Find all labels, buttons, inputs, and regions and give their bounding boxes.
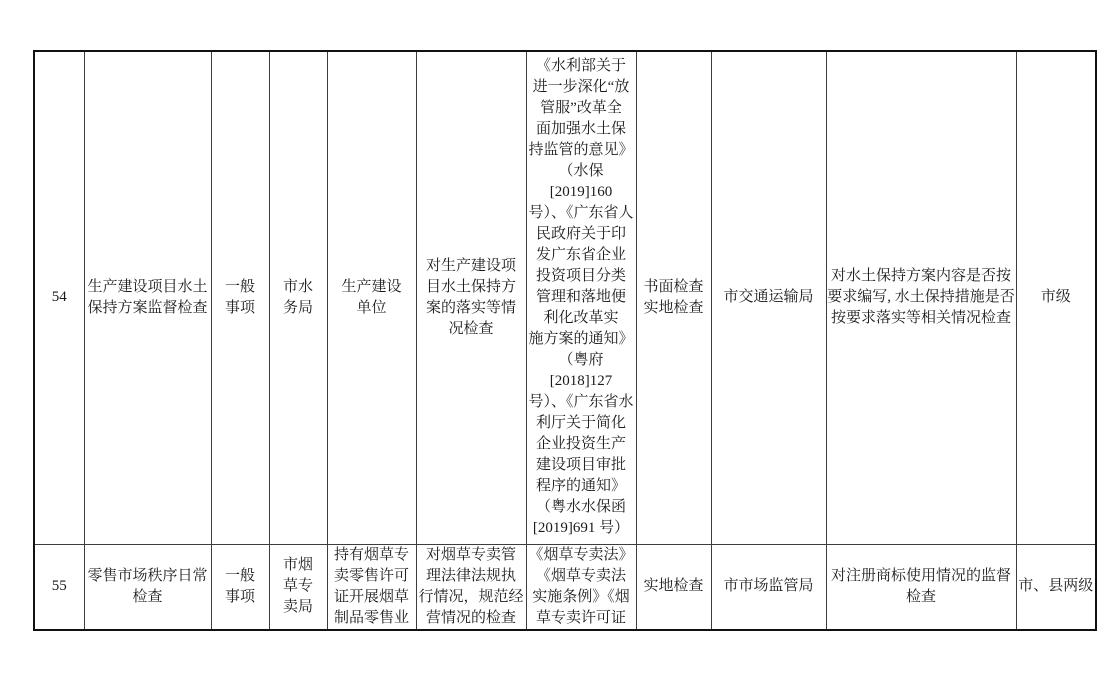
cell-inspection-method: 书面检查 实地检查 xyxy=(636,51,711,544)
table-row: 55 零售市场秩序日常 检查 一般 事项 市烟 草专 卖局 持有烟草专 卖零售许… xyxy=(34,544,1096,630)
cell-implementing-department: 市烟 草专 卖局 xyxy=(269,544,327,630)
document-page: 54 生产建设项目水土 保持方案监督检查 一般 事项 市水 务局 生产建设 单位… xyxy=(0,0,1113,675)
cell-item-name: 生产建设项目水土 保持方案监督检查 xyxy=(84,51,211,544)
cell-inspection-content: 对生产建设项 目水土保持方 案的落实等情 况检查 xyxy=(416,51,526,544)
cell-inspection-description: 对水土保持方案内容是否按 要求编写, 水土保持措施是否 按要求落实等相关情况检查 xyxy=(826,51,1016,544)
cell-inspection-object: 持有烟草专 卖零售许可 证开展烟草 制品零售业 xyxy=(327,544,416,630)
cell-inspection-description: 对注册商标使用情况的监督 检查 xyxy=(826,544,1016,630)
cell-item-category: 一般 事项 xyxy=(211,544,269,630)
cell-implementing-department: 市水 务局 xyxy=(269,51,327,544)
cell-joint-department: 市市场监管局 xyxy=(711,544,826,630)
inspection-items-table: 54 生产建设项目水土 保持方案监督检查 一般 事项 市水 务局 生产建设 单位… xyxy=(33,50,1097,631)
cell-implementation-level: 市、县两级 xyxy=(1016,544,1096,630)
cell-seq-number: 54 xyxy=(34,51,84,544)
cell-inspection-object: 生产建设 单位 xyxy=(327,51,416,544)
cell-item-category: 一般 事项 xyxy=(211,51,269,544)
cell-joint-department: 市交通运输局 xyxy=(711,51,826,544)
cell-legal-basis: 《烟草专卖法》 《烟草专卖法 实施条例》《烟 草专卖许可证 xyxy=(526,544,636,630)
table-row: 54 生产建设项目水土 保持方案监督检查 一般 事项 市水 务局 生产建设 单位… xyxy=(34,51,1096,544)
cell-item-name: 零售市场秩序日常 检查 xyxy=(84,544,211,630)
cell-inspection-method: 实地检查 xyxy=(636,544,711,630)
cell-seq-number: 55 xyxy=(34,544,84,630)
cell-inspection-content: 对烟草专卖管 理法律法规执 行情况，规范经 营情况的检查 xyxy=(416,544,526,630)
cell-implementation-level: 市级 xyxy=(1016,51,1096,544)
cell-legal-basis: 《水利部关于 进一步深化“放 管服”改革全 面加强水土保 持监管的意见》 （水保… xyxy=(526,51,636,544)
